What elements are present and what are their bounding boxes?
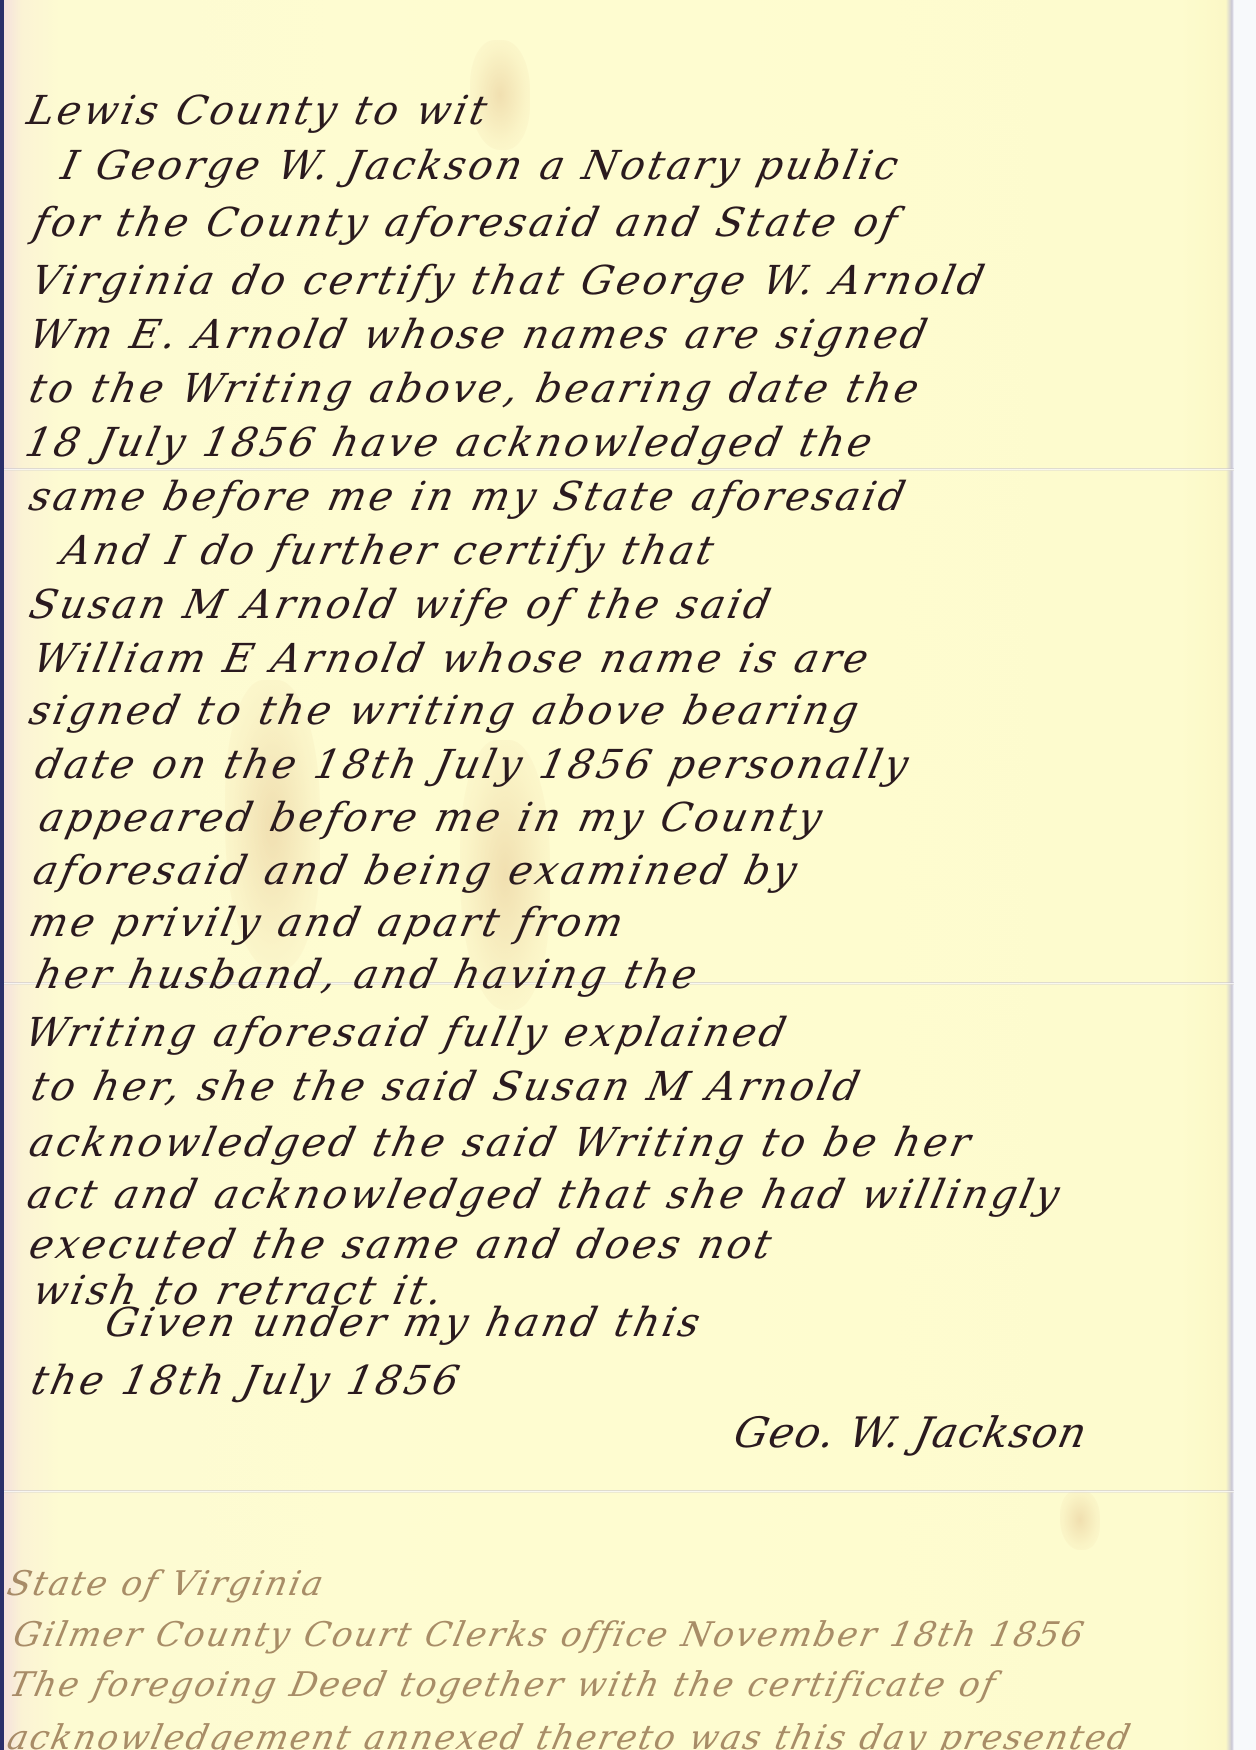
clerk-note-line: State of Virginia	[4, 1564, 329, 1604]
certificate-line: appeared before me in my County	[35, 795, 829, 841]
clerk-note-line: Gilmer County Court Clerks office Novemb…	[10, 1615, 1089, 1655]
certificate-line: same before me in my State aforesaid	[25, 474, 912, 520]
certificate-line: for the County aforesaid and State of	[29, 200, 904, 246]
certificate-line: Wm E. Arnold whose names are signed	[25, 312, 934, 358]
certificate-line: Given under my hand this	[101, 1300, 707, 1346]
certificate-line: And I do further certify that	[57, 528, 721, 574]
fold-line	[4, 468, 1234, 471]
scan-margin	[1234, 0, 1256, 1750]
clerk-note-line: The foregoing Deed together with the cer…	[6, 1665, 1001, 1705]
certificate-line: date on the 18th July 1856 personally	[31, 742, 915, 788]
document-page: Lewis County to wit I George W. Jackson …	[0, 0, 1234, 1750]
certificate-line: her husband, and having the	[31, 952, 704, 998]
certificate-line: acknowledged the said Writing to be her	[25, 1120, 977, 1166]
certificate-line: Writing aforesaid fully explained	[21, 1010, 793, 1056]
certificate-line: executed the same and does not	[25, 1222, 778, 1268]
certificate-line: to her, she the said Susan M Arnold	[27, 1064, 867, 1110]
certificate-line: William E Arnold whose name is are	[29, 636, 875, 682]
certificate-line: act and acknowledged that she had willin…	[23, 1172, 1066, 1218]
certificate-line: Virginia do certify that George W. Arnol…	[27, 258, 991, 304]
certificate-line: Susan M Arnold wife of the said	[25, 582, 777, 628]
fold-line	[4, 1490, 1234, 1493]
certificate-line: to the Writing above, bearing date the	[25, 366, 926, 412]
notary-signature: Geo. W. Jackson	[730, 1408, 1092, 1457]
certificate-line: the 18th July 1856	[27, 1358, 466, 1404]
certificate-line: aforesaid and being examined by	[29, 848, 804, 894]
certificate-line: 18 July 1856 have acknowledged the	[21, 420, 879, 466]
certificate-line: signed to the writing above bearing	[25, 688, 866, 734]
certificate-line: I George W. Jackson a Notary public	[57, 143, 905, 189]
page-edge	[0, 0, 4, 1750]
clerk-note-line: acknowledgement annexed thereto was this…	[4, 1718, 1136, 1750]
certificate-line: Lewis County to wit	[23, 88, 494, 134]
certificate-line: me privily and apart from	[25, 900, 630, 946]
stain	[1060, 1490, 1100, 1550]
